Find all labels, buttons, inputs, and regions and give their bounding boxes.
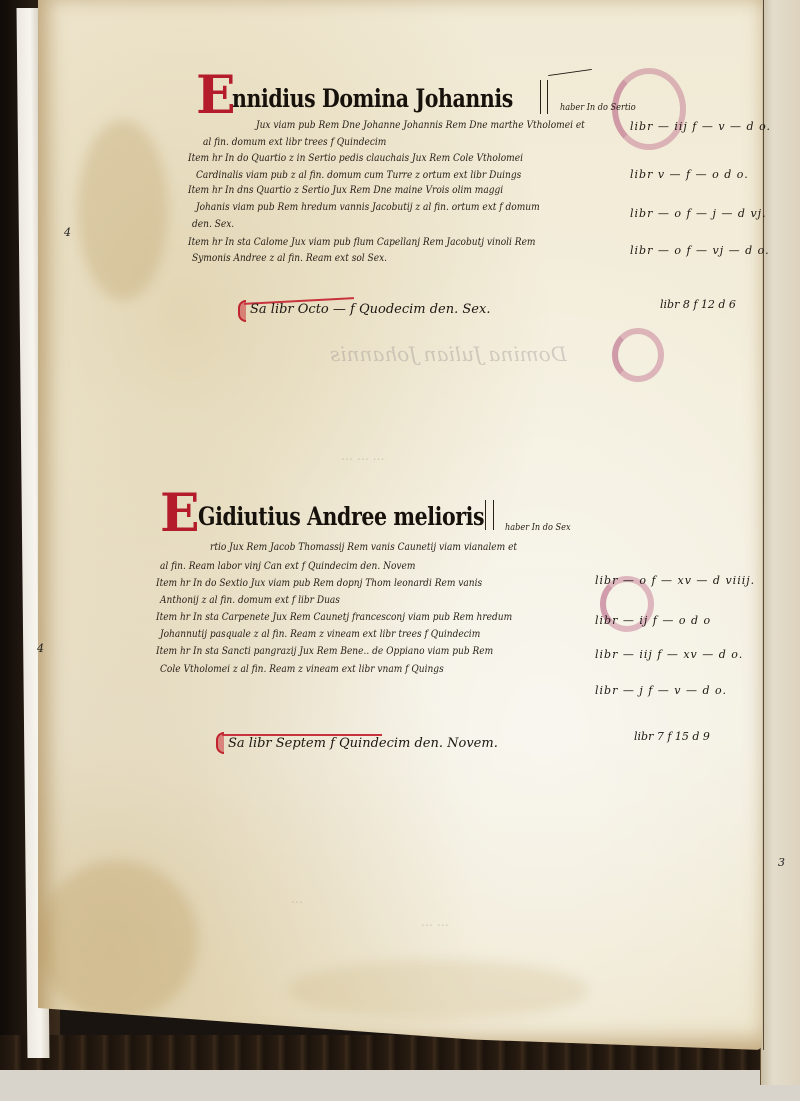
- bracket: [540, 80, 541, 114]
- amount: libr — ij f — o d o: [595, 614, 711, 627]
- entry-heading: nnidius Domina Johannis: [232, 84, 513, 113]
- rubric-initial: E: [196, 70, 236, 122]
- entry-heading: Gidiutius Andree melioris: [198, 502, 484, 531]
- show-through-text: ⋯ ⋯ ⋯: [340, 452, 384, 466]
- entry-line: Cole Vtholomei z al fin. Ream z vineam e…: [160, 663, 444, 675]
- entry-line: Cardinalis viam pub z al fin. domum cum …: [196, 169, 521, 181]
- gutter-line: [763, 0, 764, 1050]
- stain: [38, 860, 198, 1020]
- adjacent-page: [760, 0, 800, 1085]
- rubric-initial: E: [160, 488, 200, 540]
- entry-line: den. Sex.: [192, 218, 234, 230]
- entry-line: Anthonij z al fin. domum ext f libr Duas: [160, 594, 340, 606]
- show-through-text: ⋯ ⋯: [420, 918, 448, 932]
- show-through-heading: Domina Julian Johannis: [330, 342, 567, 366]
- amount: libr — o f — vj — d o.: [630, 244, 770, 257]
- amount: libr — iij f — xv — d o.: [595, 648, 743, 661]
- entry-line: Item hr In dns Quartio z Sertio Jux Rem …: [188, 184, 503, 196]
- entry-total-label: Sa libr Septem f Quindecim den. Novem.: [228, 736, 498, 751]
- amount: libr — o f — j — d vj.: [630, 207, 767, 220]
- entry-line: Item hr In sta Carpenete Jux Rem Caunetj…: [156, 611, 512, 623]
- stain: [288, 960, 588, 1020]
- entry-line: Johanis viam pub Rem hredum vannis Jacob…: [196, 201, 540, 213]
- margin-mark: 4: [37, 642, 44, 655]
- entry-line: rtio Jux Rem Jacob Thomassij Rem vanis C…: [210, 541, 517, 553]
- surface: [0, 1070, 800, 1101]
- bracket: [493, 500, 494, 530]
- entry-line: al fin. domum ext libr trees f Quindecim: [203, 136, 386, 148]
- amount: libr v — f — o d o.: [630, 168, 749, 181]
- entry-total-amount: libr 8 f 12 d 6: [660, 298, 736, 311]
- entry-line: Jux viam pub Rem Dne Johanne Johannis Re…: [256, 119, 585, 131]
- entry-line: al fin. Ream labor vinj Can ext f Quinde…: [160, 560, 415, 572]
- entry-line: Item hr In sta Calome Jux viam pub flum …: [188, 236, 535, 248]
- bracket: [485, 500, 486, 530]
- stain: [78, 120, 168, 300]
- show-through-letter: [612, 328, 664, 382]
- margin-mark: 4: [64, 226, 71, 239]
- amount: libr — j f — v — d o.: [595, 684, 727, 697]
- page-number: 3: [778, 856, 785, 869]
- entry-line: Johannutij pasquale z al fin. Ream z vin…: [160, 628, 480, 640]
- entry-line: Item hr In sta Sancti pangrazij Jux Rem …: [156, 645, 493, 657]
- entry-total-label: Sa libr Octo — f Quodecim den. Sex.: [250, 302, 490, 317]
- heading-note: haber In do Sex: [505, 522, 571, 533]
- entry-line: Symonis Andree z al fin. Ream ext sol Se…: [192, 252, 387, 264]
- entry-line: Item hr In do Sextio Jux viam pub Rem do…: [156, 577, 482, 589]
- heading-note: haber In do Sertio: [560, 102, 636, 113]
- amount: libr — o f — xv — d viiij.: [595, 574, 755, 587]
- amount: libr — iij f — v — d o.: [630, 120, 771, 133]
- show-through-text: ⋯: [290, 895, 302, 909]
- entry-total-amount: libr 7 f 15 d 9: [634, 730, 710, 743]
- bracket: [547, 80, 548, 114]
- entry-line: Item hr In do Quartio z in Sertio pedis …: [188, 152, 523, 164]
